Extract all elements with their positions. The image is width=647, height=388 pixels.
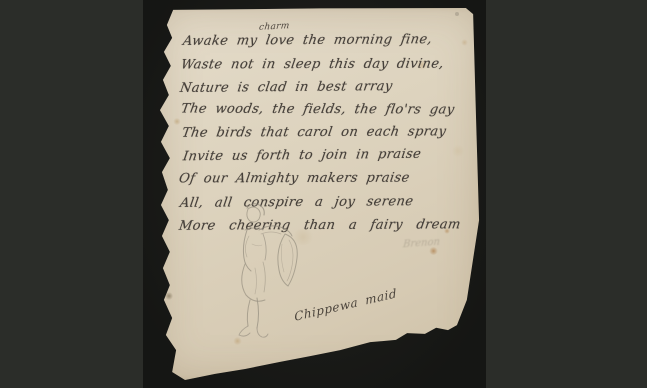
poem-line-text: The birds that carol on each spray [181, 124, 448, 140]
pencil-mark [455, 12, 459, 16]
foxing-stain [451, 145, 465, 157]
inserted-word: charm [258, 21, 290, 33]
poem-line-text: Of our Almighty makers praise [178, 171, 411, 187]
poem-line-text: Awake my love the morning fine, [182, 32, 433, 49]
poem-line: The woods, the fields, the flo'rs gay [181, 102, 454, 121]
pencil-figure-sketch [219, 198, 323, 346]
poem-line: Nature is clad in best array [180, 79, 393, 99]
manuscript-paper: charm Awake my love the morning fine, Wa… [155, 5, 485, 383]
foxing-stain [173, 118, 181, 125]
poem-line: Waste not in sleep this day divine, [181, 57, 444, 76]
poem-line-text: Nature is clad in best array [179, 79, 394, 96]
poem-line-text: The woods, the fields, the flo'rs gay [180, 102, 456, 118]
photo-frame: charm Awake my love the morning fine, Wa… [0, 0, 647, 388]
poem-line: The birds that carol on each spray [182, 124, 446, 143]
foxing-stain [461, 39, 468, 46]
poem-line: Awake my love the morning fine, [183, 32, 432, 52]
poem-line: Of our Almighty makers praise [179, 171, 410, 190]
poem-line-text: Invite us forth to join in praise [182, 147, 422, 165]
poem-line: Invite us forth to join in praise [183, 147, 421, 167]
poem-line-text: Waste not in sleep this day divine, [180, 57, 445, 73]
